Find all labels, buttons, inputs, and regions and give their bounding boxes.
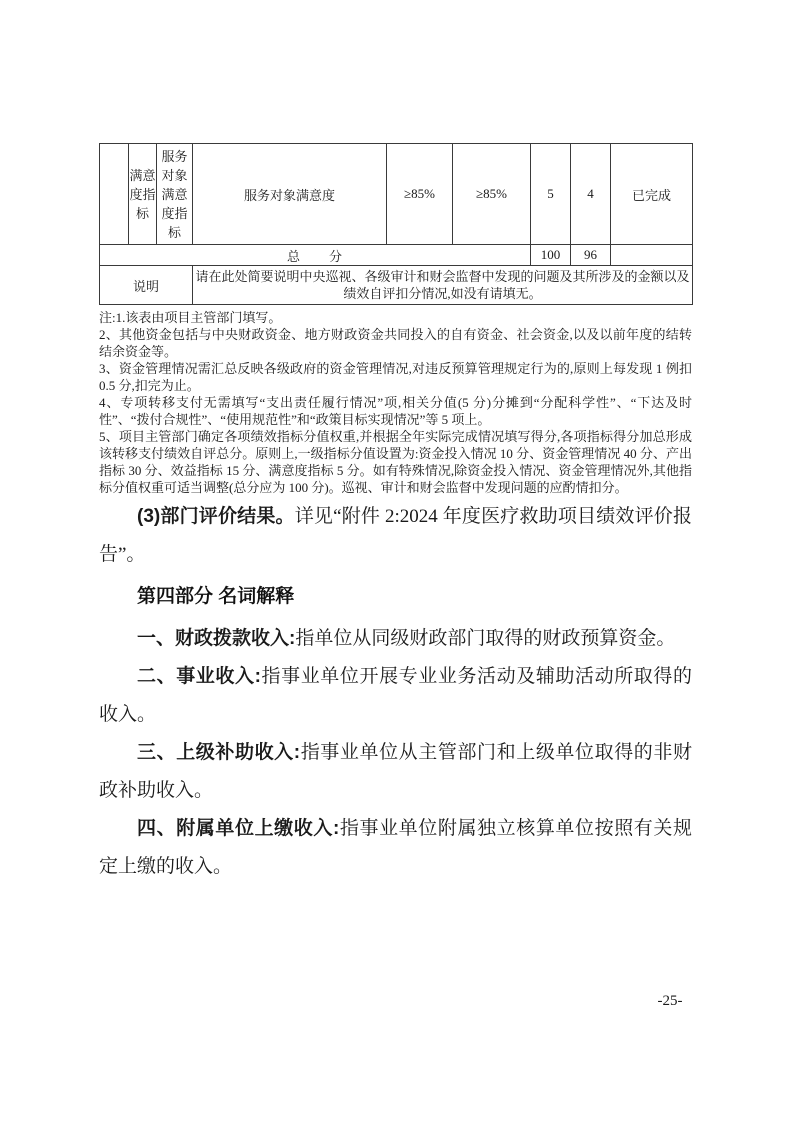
cell-total-remark bbox=[611, 245, 693, 266]
footnote-4: 4、专项转移支付无需填写“支出责任履行情况”项,相关分值(5 分)分摊到“分配科… bbox=[99, 394, 692, 428]
definition-paragraph-2: 二、事业收入:指事业单位开展专业业务活动及辅助活动所取得的收入。 bbox=[99, 658, 692, 734]
page-number: -25- bbox=[640, 993, 700, 1010]
table-row-remark: 说明 请在此处简要说明中央巡视、各级审计和财会监督中发现的问题及其所涉及的金额以… bbox=[100, 266, 693, 305]
cell-completion-status: 已完成 bbox=[611, 144, 693, 245]
cell-remark-content: 请在此处简要说明中央巡视、各级审计和财会监督中发现的问题及其所涉及的金额以及绩效… bbox=[193, 266, 693, 305]
definition-desc-1: 指单位从同级财政部门取得的财政预算资金。 bbox=[295, 628, 675, 649]
cell-level3-category: 服务对象满意度指标 bbox=[157, 144, 193, 245]
cell-total-weight: 100 bbox=[531, 245, 571, 266]
footnote-3: 3、资金管理情况需汇总反映各级政府的资金管理情况,对违反预算管理规定行为的,原则… bbox=[99, 360, 692, 394]
section-heading-part4: 第四部分 名词解释 bbox=[99, 578, 692, 616]
cell-level2-category: 满意度指标 bbox=[129, 144, 157, 245]
dept-evaluation-paragraph: (3)部门评价结果。详见“附件 2:2024 年度医疗救助项目绩效评价报告”。 bbox=[99, 498, 692, 574]
definition-term-4: 四、附属单位上缴收入: bbox=[137, 818, 339, 839]
footnote-2: 2、其他资金包括与中央财政资金、地方财政资金共同投入的自有资金、社会资金,以及以… bbox=[99, 326, 692, 360]
footnote-5: 5、项目主管部门确定各项绩效指标分值权重,并根据全年实际完成情况填写得分,各项指… bbox=[99, 428, 692, 496]
cell-indicator-name: 服务对象满意度 bbox=[193, 144, 387, 245]
definition-term-2: 二、事业收入: bbox=[137, 666, 261, 687]
cell-empty-left bbox=[100, 144, 129, 245]
cell-weight: 5 bbox=[531, 144, 571, 245]
cell-target-value: ≥85% bbox=[387, 144, 453, 245]
definition-term-1: 一、财政拨款收入: bbox=[137, 628, 295, 649]
page-content: 满意度指标 服务对象满意度指标 服务对象满意度 ≥85% ≥85% 5 4 已完… bbox=[99, 143, 692, 886]
cell-actual-value: ≥85% bbox=[453, 144, 531, 245]
definition-paragraph-4: 四、附属单位上缴收入:指事业单位附属独立核算单位按照有关规定上缴的收入。 bbox=[99, 810, 692, 886]
table-row-total: 总 分 100 96 bbox=[100, 245, 693, 266]
definition-paragraph-1: 一、财政拨款收入:指单位从同级财政部门取得的财政预算资金。 bbox=[99, 620, 692, 658]
cell-total-score: 96 bbox=[571, 245, 611, 266]
cell-score: 4 bbox=[571, 144, 611, 245]
definition-term-3: 三、上级补助收入: bbox=[137, 742, 300, 763]
footnote-1: 注:1.该表由项目主管部门填写。 bbox=[99, 309, 692, 326]
table-row-indicator: 满意度指标 服务对象满意度指标 服务对象满意度 ≥85% ≥85% 5 4 已完… bbox=[100, 144, 693, 245]
cell-remark-label: 说明 bbox=[100, 266, 193, 305]
performance-self-evaluation-table: 满意度指标 服务对象满意度指标 服务对象满意度 ≥85% ≥85% 5 4 已完… bbox=[99, 143, 693, 305]
cell-total-label: 总 分 bbox=[100, 245, 531, 266]
definition-paragraph-3: 三、上级补助收入:指事业单位从主管部门和上级单位取得的非财政补助收入。 bbox=[99, 734, 692, 810]
table-footnotes: 注:1.该表由项目主管部门填写。 2、其他资金包括与中央财政资金、地方财政资金共… bbox=[99, 309, 692, 496]
dept-evaluation-lead: (3)部门评价结果。 bbox=[137, 506, 295, 527]
document-page: 满意度指标 服务对象满意度指标 服务对象满意度 ≥85% ≥85% 5 4 已完… bbox=[0, 0, 793, 1122]
